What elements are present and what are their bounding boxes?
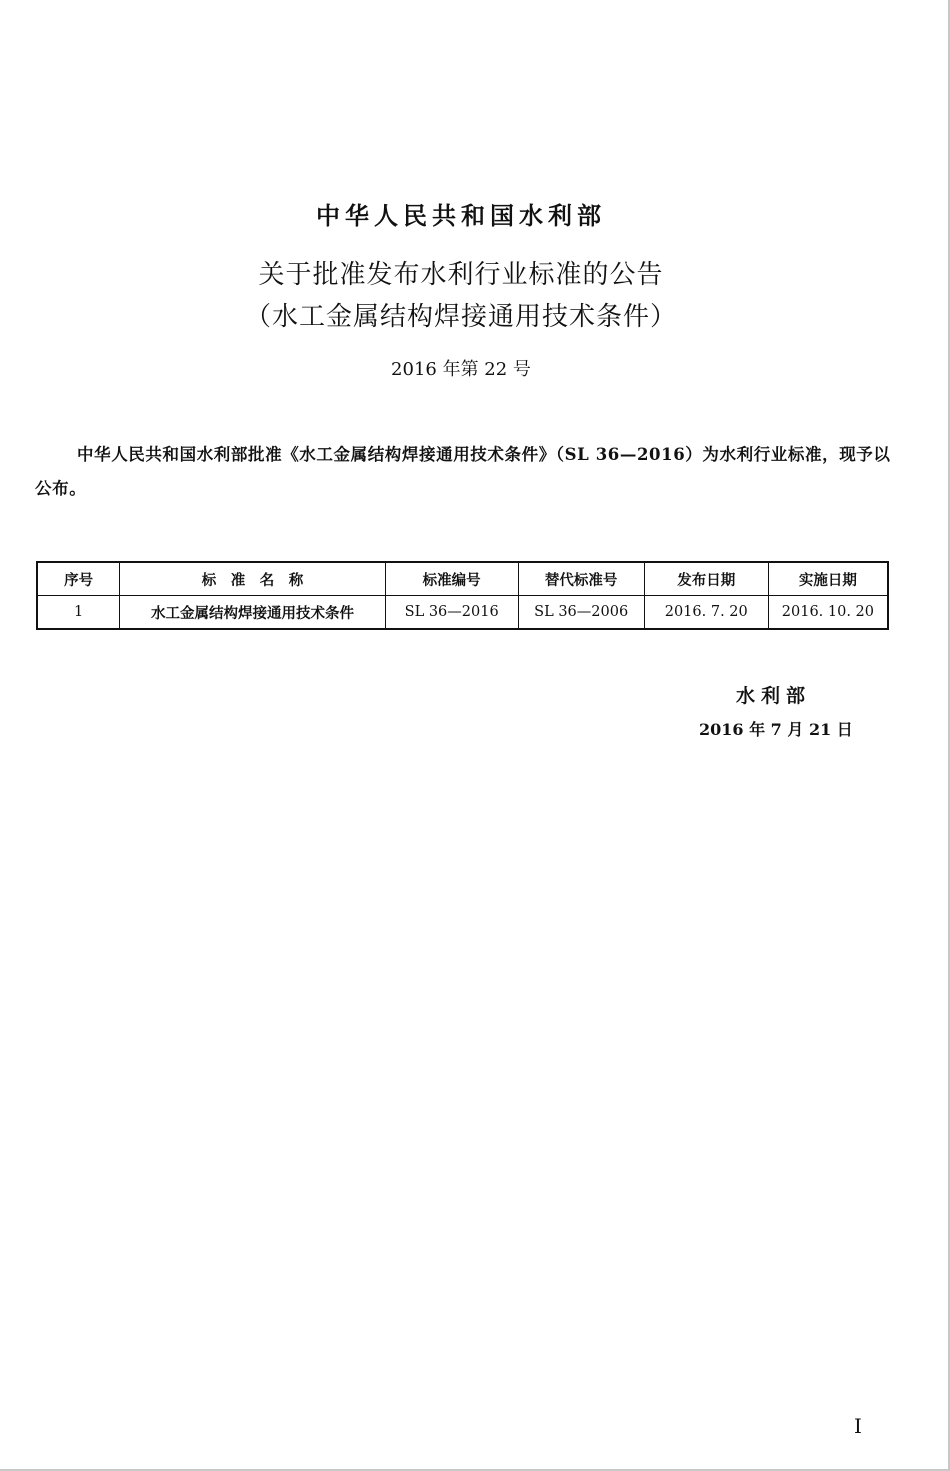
- standards-table: 序号 标 准 名 称 标准编号 替代标准号 发布日期 实施日期 1 水工金属结构…: [36, 561, 889, 630]
- signature-date: 2016 年 7 月 21 日: [699, 717, 853, 740]
- cell-replaced-code: SL 36—2006: [518, 596, 644, 630]
- table-row: 1 水工金属结构焊接通用技术条件 SL 36—2016 SL 36—2006 2…: [37, 596, 888, 630]
- ministry-title: 中华人民共和国水利部: [0, 196, 922, 231]
- table-header-row: 序号 标 准 名 称 标准编号 替代标准号 发布日期 实施日期: [37, 562, 888, 596]
- header-replaced-code: 替代标准号: [518, 562, 644, 596]
- cell-effective-date: 2016. 10. 20: [768, 596, 888, 630]
- header-standard-code: 标准编号: [385, 562, 518, 596]
- issuer-signature: 水利部: [736, 681, 811, 708]
- announcement-subtitle: （水工金属结构焊接通用技术条件）: [0, 296, 922, 333]
- announcement-body: 中华人民共和国水利部批准《水工金属结构焊接通用技术条件》（SL 36—2016）…: [35, 438, 895, 506]
- cell-standard-code: SL 36—2016: [385, 596, 518, 630]
- header-effective-date: 实施日期: [768, 562, 888, 596]
- cell-standard-name: 水工金属结构焊接通用技术条件: [120, 596, 385, 630]
- cell-serial: 1: [37, 596, 120, 630]
- announcement-title: 关于批准发布水利行业标准的公告: [0, 254, 922, 291]
- page-number: I: [854, 1414, 862, 1438]
- cell-issue-date: 2016. 7. 20: [644, 596, 768, 630]
- header-serial: 序号: [37, 562, 120, 596]
- header-issue-date: 发布日期: [644, 562, 768, 596]
- issue-number: 2016 年第 22 号: [0, 355, 922, 381]
- header-standard-name: 标 准 名 称: [120, 562, 385, 596]
